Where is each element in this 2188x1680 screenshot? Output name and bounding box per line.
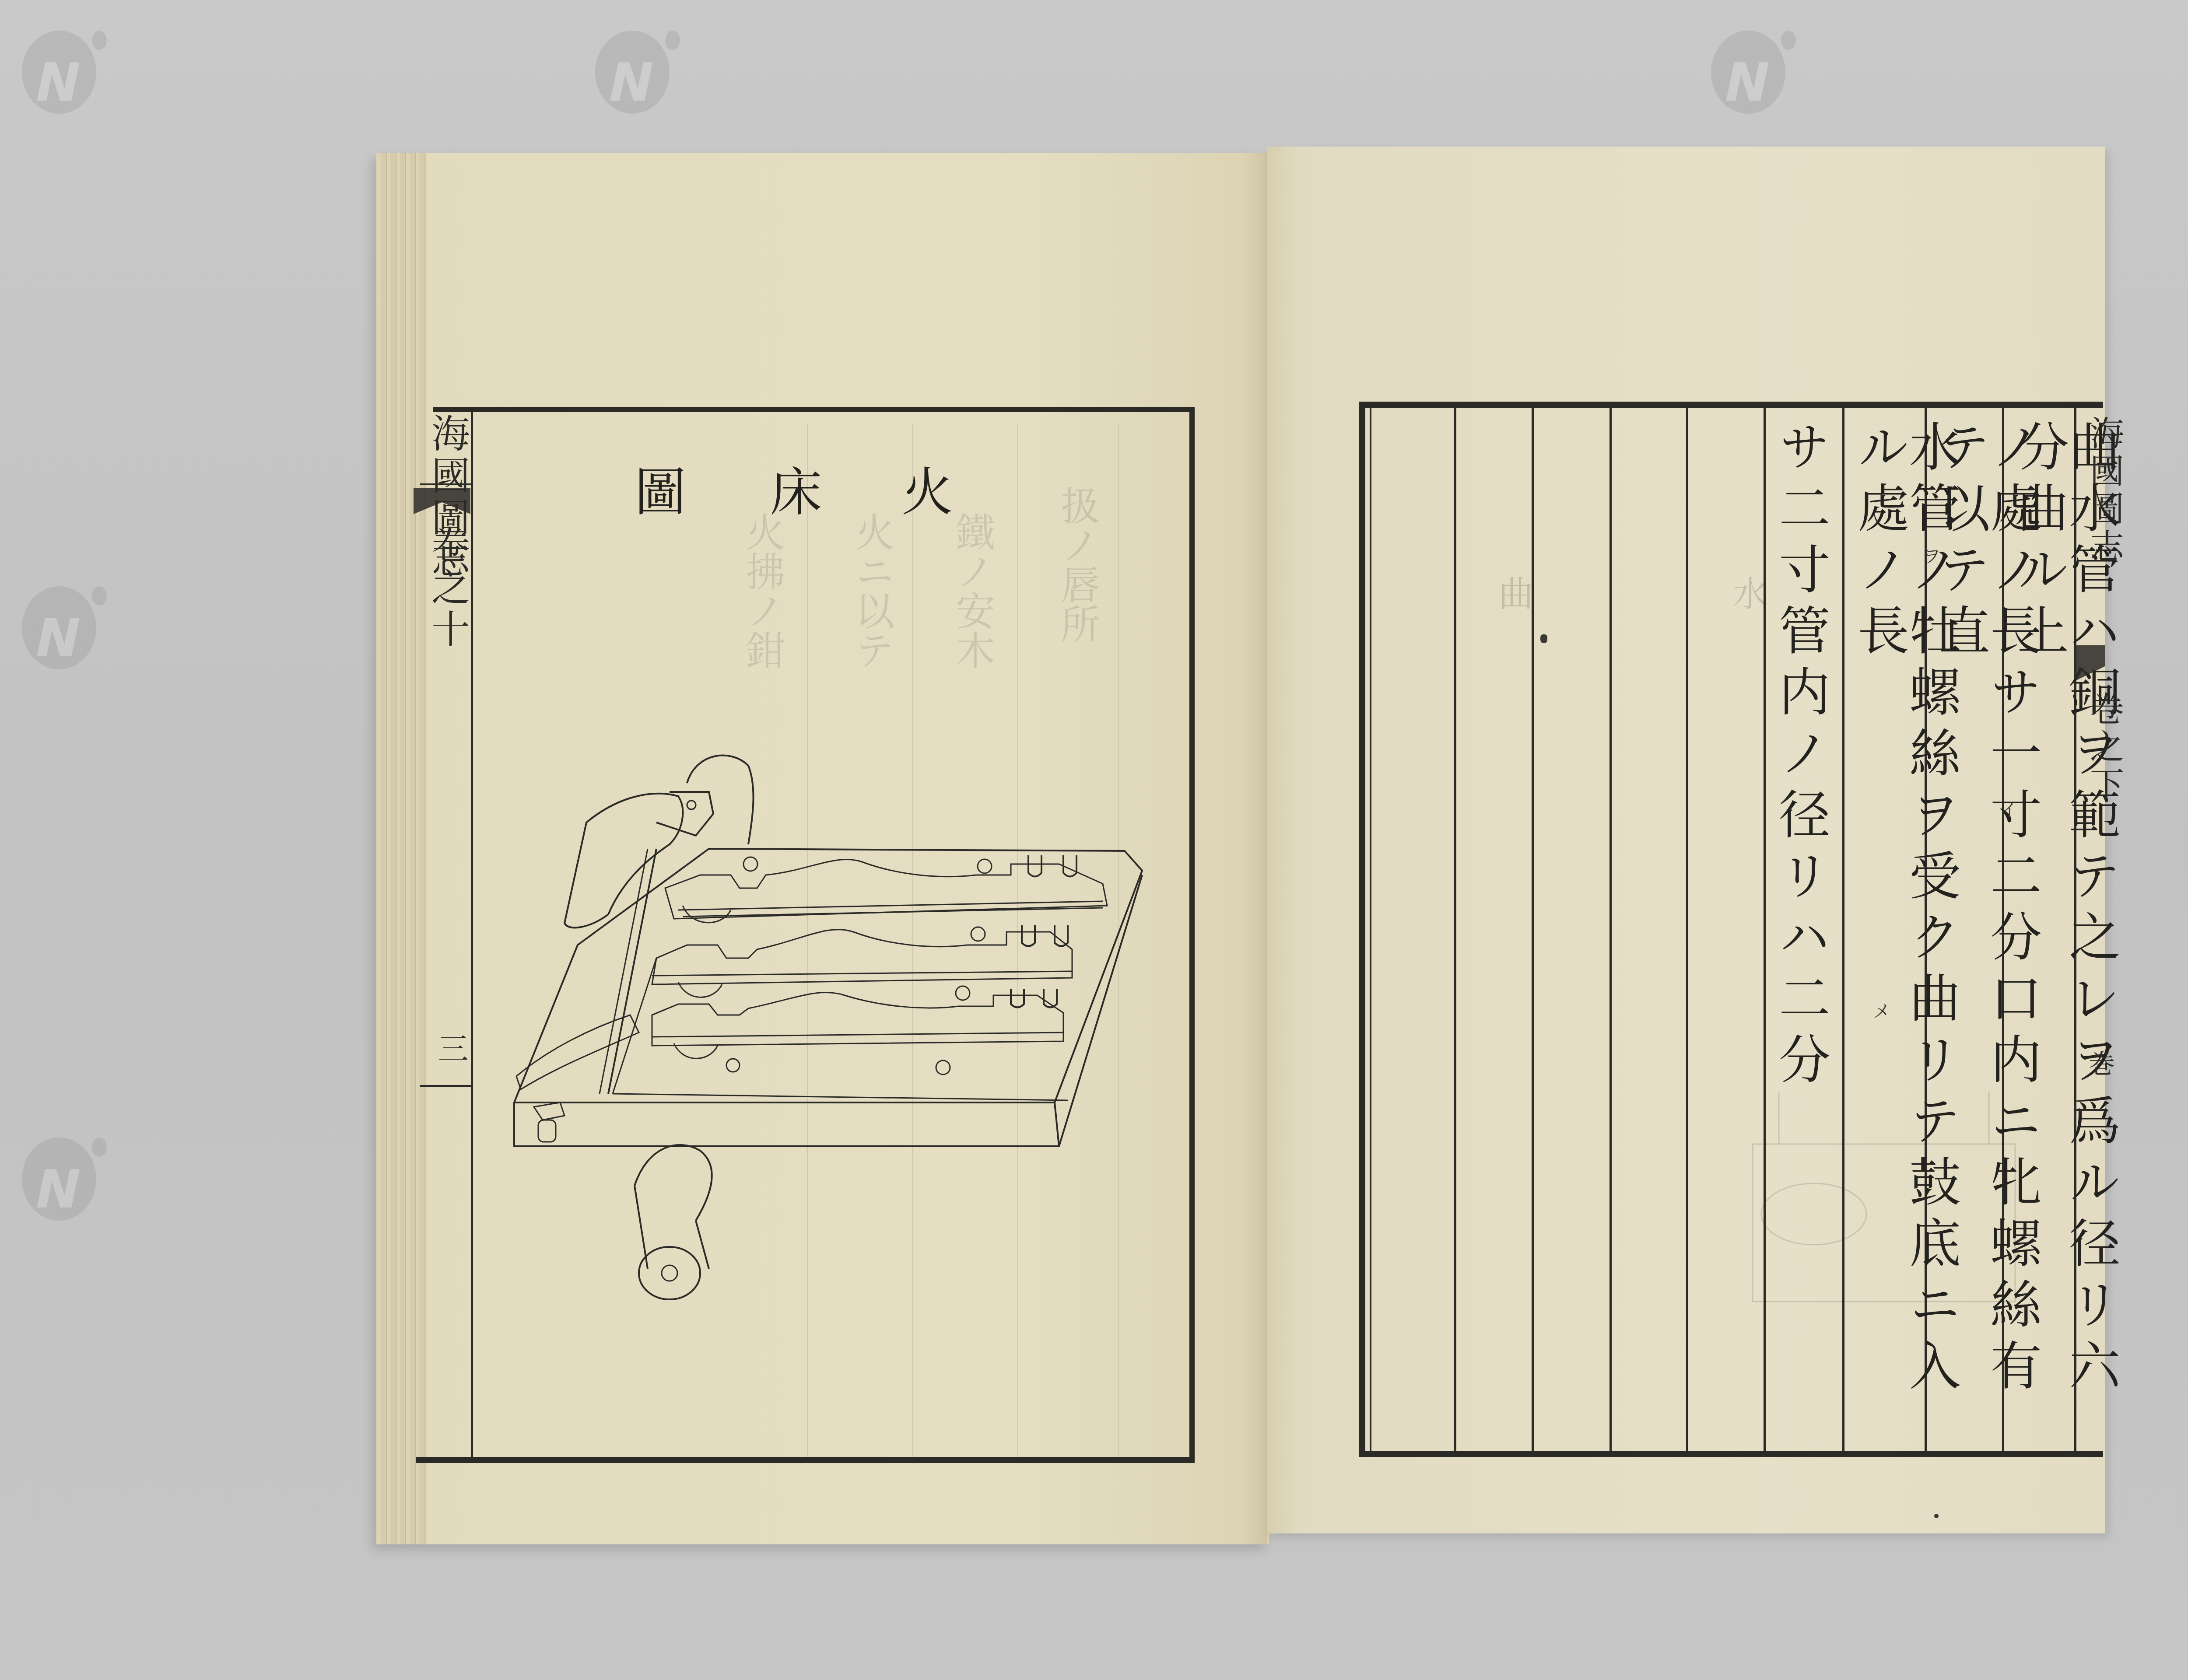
- watermark-logo: N: [9, 13, 114, 118]
- furigana: ヲ: [1923, 542, 1941, 567]
- furigana: メ: [1873, 997, 1890, 1022]
- illustration-title-char-2: 床: [770, 451, 822, 525]
- right-margin-divider: [2076, 1109, 2105, 1111]
- left-margin-page-number: 三: [429, 1032, 473, 1067]
- column-rule: [1686, 408, 1688, 1451]
- column-rule: [1532, 408, 1534, 1451]
- text-column-4: サ二寸管内ノ径リハ二分: [1774, 420, 1826, 1448]
- column-rule: [1764, 408, 1766, 1451]
- left-margin-divider: [420, 1085, 473, 1087]
- right-margin-page-number: 巻: [2081, 1050, 2118, 1080]
- right-margin-volume: 卷之下: [2079, 691, 2128, 804]
- ink-speck: [1540, 634, 1547, 643]
- left-margin-volume: 卷之十: [420, 525, 475, 651]
- fire-bed-illustration: [503, 744, 1160, 1312]
- ink-speck: [1934, 1514, 1939, 1518]
- text-column-3: 水管ノ牡螺絲ヲ受ク曲リテ鼓底ニ入ル處ノ長: [1853, 420, 1957, 1448]
- right-frame-left: [1359, 402, 1365, 1457]
- watermark-logo: N: [9, 569, 114, 674]
- column-rule: [1842, 408, 1844, 1451]
- column-rule: [1609, 408, 1612, 1451]
- right-frame-bottom: [1359, 1451, 2103, 1457]
- left-frame-right: [1189, 407, 1195, 1463]
- watermark-logo: N: [1698, 13, 1803, 118]
- illustration-title-char-3: 圖: [635, 451, 686, 525]
- furigana: イ: [2000, 796, 2017, 821]
- illustration-title-char-1: 火: [901, 451, 953, 525]
- left-frame-bottom: [416, 1457, 1195, 1463]
- right-frame-top: [1359, 402, 2103, 408]
- stacked-page-edges: [381, 153, 429, 1544]
- column-rule: [1454, 408, 1456, 1451]
- right-margin-book-title: 海國圖志: [2079, 416, 2128, 566]
- left-frame-top: [433, 407, 1195, 412]
- right-frame-inner-left: [1370, 408, 1371, 1451]
- ghost-show-through: 曲: [1488, 575, 1538, 610]
- watermark-logo: N: [582, 13, 687, 118]
- watermark-logo: N: [9, 1120, 114, 1225]
